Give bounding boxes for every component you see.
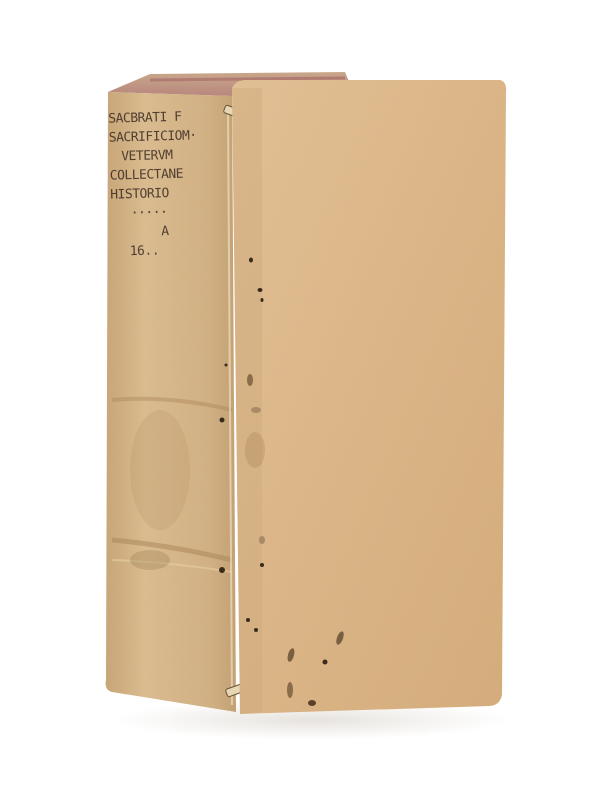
spine-handwritten-title: SACBRATI F SACRIFICIOM· VETERVM COLLECTA… (108, 106, 237, 261)
spine-line: 16.. (112, 239, 237, 261)
front-cover (232, 80, 506, 714)
book-photo: SACBRATI F SACRIFICIOM· VETERVM COLLECTA… (0, 0, 600, 800)
book-illustration (0, 0, 600, 800)
